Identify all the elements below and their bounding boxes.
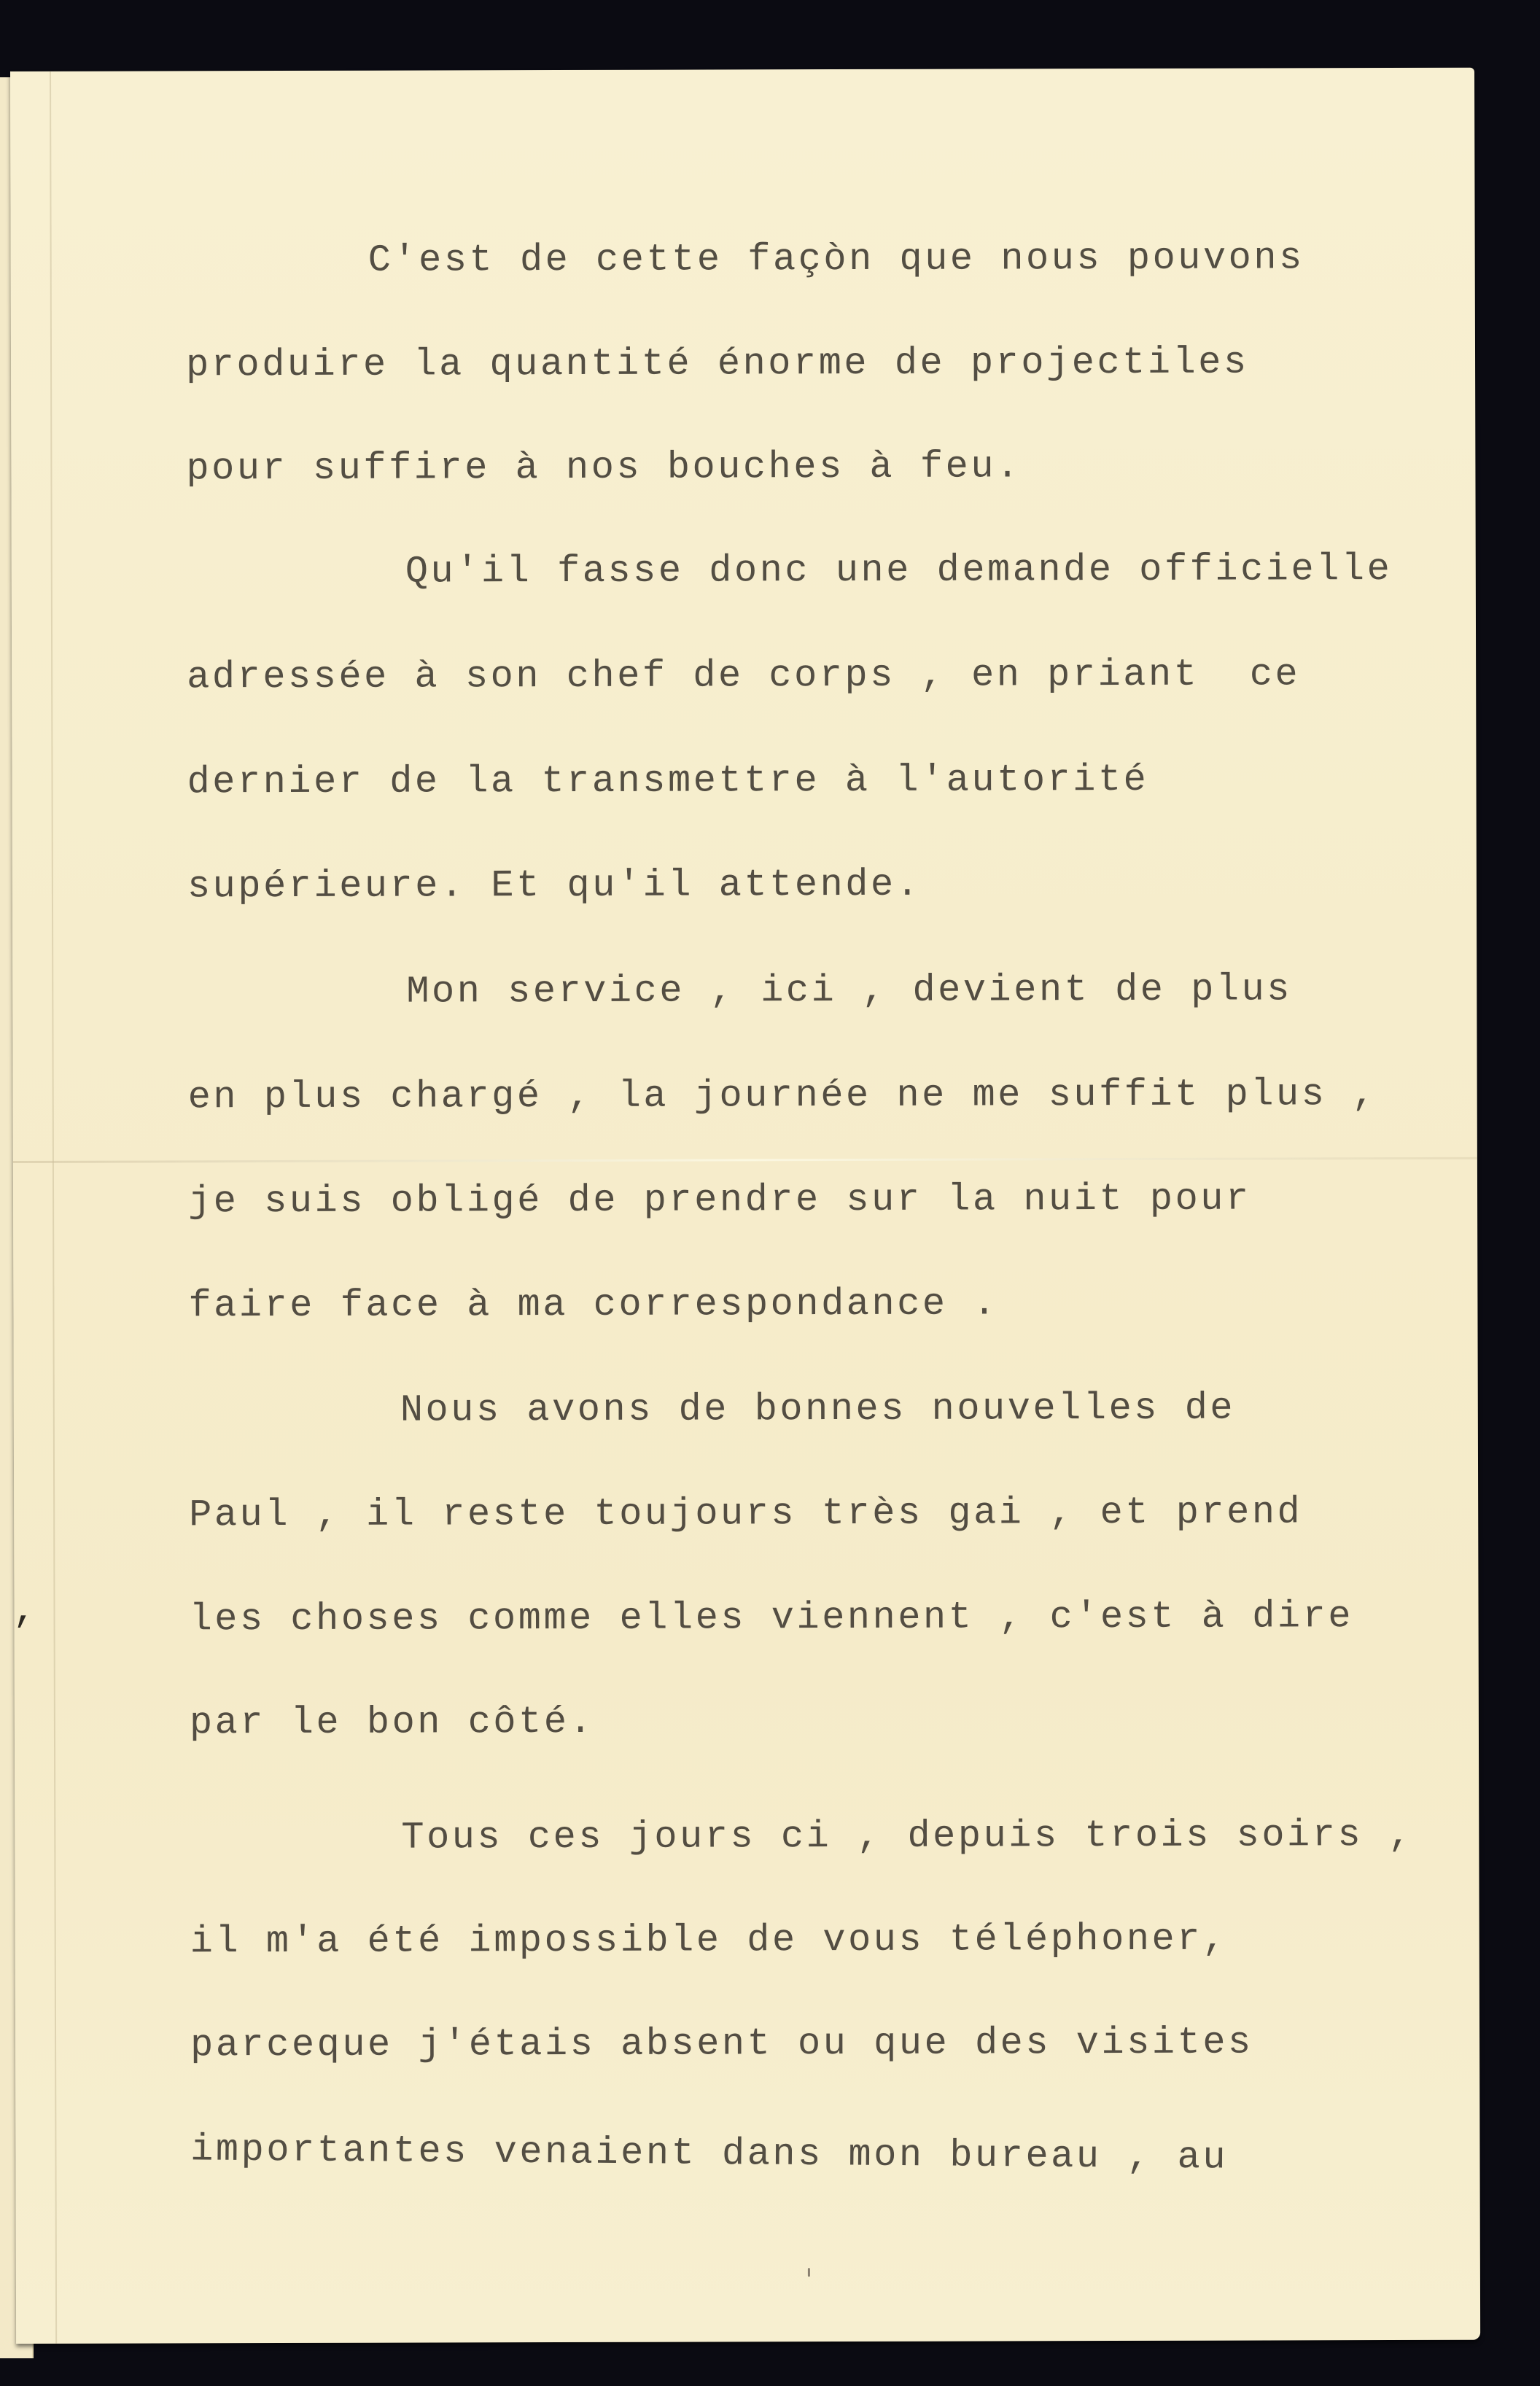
- stray-ink-mark: [808, 2268, 810, 2277]
- text-line: par le bon côté.: [190, 1703, 594, 1742]
- text-line: parceque j'étais absent ou que des visit…: [190, 2024, 1253, 2065]
- text-line: en plus chargé , la journée ne me suffit…: [188, 1076, 1377, 1116]
- text-line: Paul , il reste toujours très gai , et p…: [189, 1493, 1302, 1534]
- text-line: C'est de cette façòn que nous pouvons: [368, 239, 1304, 279]
- text-line: adressée à son chef de corps , en priant…: [187, 656, 1300, 696]
- text-line: Qu'il fasse donc une demande officielle: [405, 551, 1393, 591]
- text-line: Mon service , ici , devient de plus: [406, 971, 1292, 1011]
- text-line: Tous ces jours ci , depuis trois soirs ,: [401, 1816, 1413, 1857]
- text-line: produire la quantité énorme de projectil…: [186, 344, 1249, 385]
- paper-fold-horizontal: [13, 1157, 1477, 1163]
- text-line: il m'a été impossible de vous téléphoner…: [190, 1921, 1228, 1962]
- paper-fold-vertical: [50, 71, 57, 2344]
- text-line: supérieure. Et qu'il attende.: [187, 866, 922, 906]
- text-line: pour suffire à nos bouches à feu.: [186, 448, 1021, 488]
- text-line: Nous avons de bonnes nouvelles de: [400, 1390, 1235, 1430]
- text-line: les choses comme elles viennent , c'est …: [189, 1598, 1353, 1639]
- text-line: dernier de la transmettre à l'autorité: [187, 761, 1148, 801]
- text-line: je suis obligé de prendre sur la nuit po…: [188, 1181, 1251, 1221]
- text-line: importantes venaient dans mon bureau , a…: [190, 2131, 1228, 2177]
- text-line: faire face à ma correspondance .: [188, 1285, 998, 1325]
- letter-page: C'est de cette façòn que nous pouvons pr…: [10, 68, 1480, 2344]
- margin-mark: ,: [13, 1590, 36, 1633]
